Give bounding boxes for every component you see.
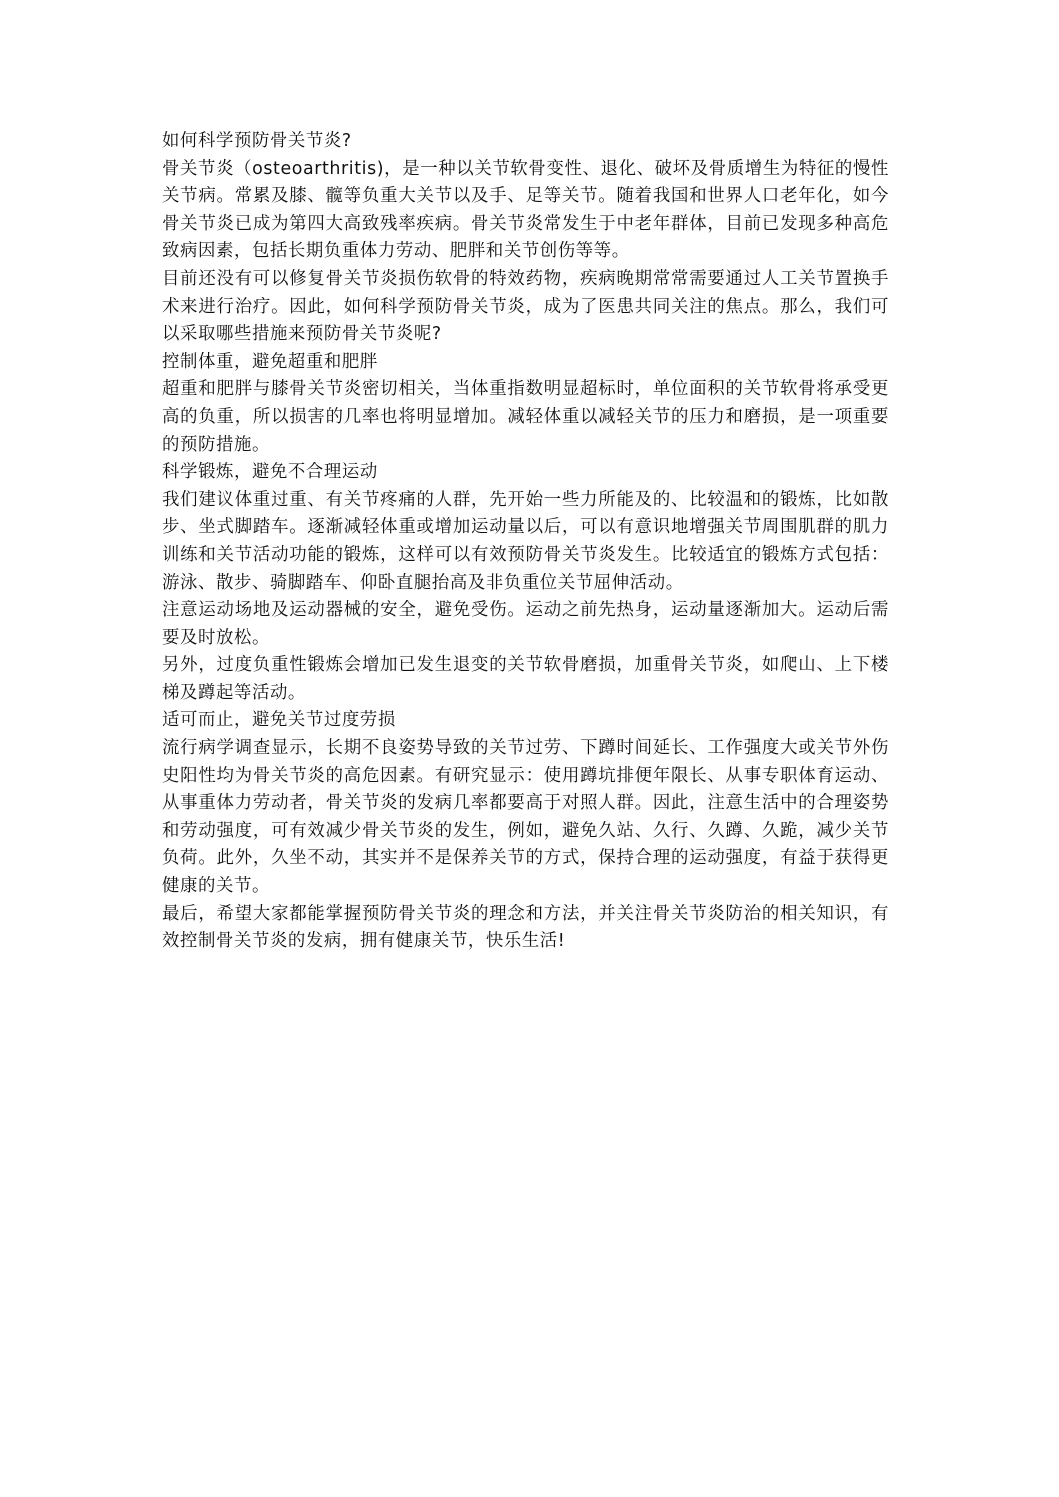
- paragraph-weight: 超重和肥胖与膝骨关节炎密切相关，当体重指数明显超标时，单位面积的关节软骨将承受更…: [162, 376, 889, 459]
- section-heading-strain: 适可而止，避免关节过度劳损: [162, 707, 889, 735]
- paragraph-treatment: 目前还没有可以修复骨关节炎损伤软骨的特效药物，疾病晚期常常需要通过人工关节置换手…: [162, 266, 889, 349]
- section-heading-weight: 控制体重，避免超重和肥胖: [162, 349, 889, 377]
- paragraph-strain: 流行病学调查显示，长期不良姿势导致的关节过劳、下蹲时间延长、工作强度大或关节外伤…: [162, 735, 889, 901]
- paragraph-conclusion: 最后，希望大家都能掌握预防骨关节炎的理念和方法，并关注骨关节炎防治的相关知识，有…: [162, 901, 889, 956]
- paragraph-exercise: 我们建议体重过重、有关节疼痛的人群，先开始一些力所能及的、比较温和的锻炼，比如散…: [162, 487, 889, 597]
- section-heading-exercise: 科学锻炼，避免不合理运动: [162, 459, 889, 487]
- document-title: 如何科学预防骨关节炎?: [162, 128, 889, 156]
- paragraph-safety: 注意运动场地及运动器械的安全，避免受伤。运动之前先热身，运动量逐渐加大。运动后需…: [162, 597, 889, 652]
- paragraph-overload: 另外，过度负重性锻炼会增加已发生退变的关节软骨磨损，加重骨关节炎，如爬山、上下楼…: [162, 652, 889, 707]
- document-page: 如何科学预防骨关节炎? 骨关节炎（osteoarthritis)，是一种以关节软…: [162, 128, 889, 956]
- paragraph-intro: 骨关节炎（osteoarthritis)，是一种以关节软骨变性、退化、破坏及骨质…: [162, 156, 889, 266]
